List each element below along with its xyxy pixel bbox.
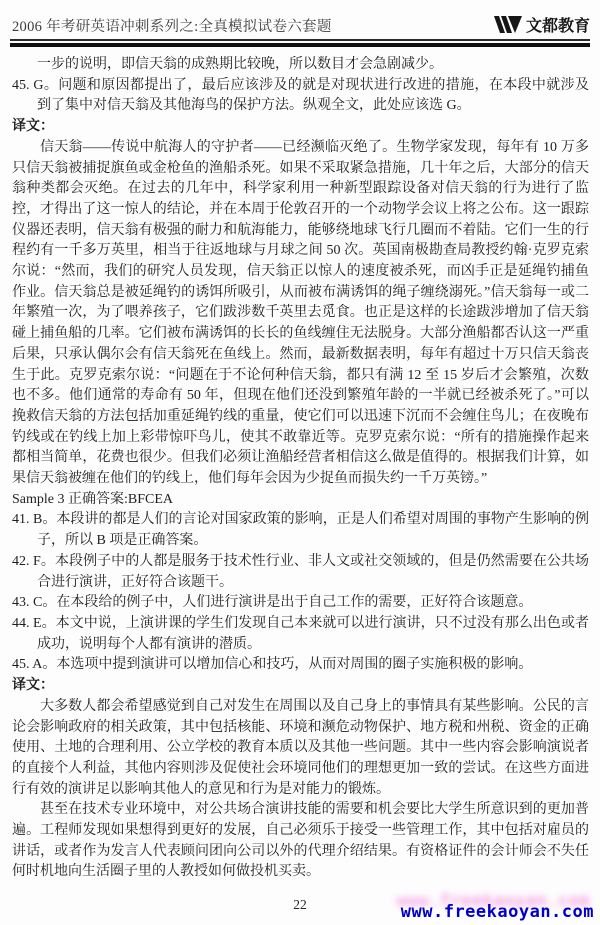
translation-paragraph-speech-2: 甚至在技术专业环境中，对公共场合演讲技能的需要和机会要比大学生所意识到的更加普遍… <box>12 800 589 883</box>
page-header: 2006 年考研英语冲刺系列之:全真模拟试卷六套题 文都教育 <box>12 13 590 36</box>
answer-number: 45. A。 <box>12 657 56 672</box>
answer-number: 43. C。 <box>12 595 56 610</box>
header-divider <box>10 39 590 47</box>
answer-number: 41. B。 <box>12 512 56 527</box>
answer-number: 44. E。 <box>12 616 56 631</box>
document-page: 2006 年考研英语冲刺系列之:全真模拟试卷六套题 文都教育 一步的说明，即信天… <box>0 0 600 925</box>
answer-number: 45. G。 <box>12 78 58 93</box>
answer-text: 本段讲的都是人们的言论对国家政策的影响，正是人们希望对周围的事物产生影响的例子，… <box>37 512 589 548</box>
answer-explanation-45g: 45. G。问题和原因都提出了，最后应该涉及的就是对现状进行改进的措施，在本段中… <box>12 76 589 117</box>
answer-explanation-42f: 42. F。本段例子中的人都是服务于技术性行业、非人文或社交领域的，但是仍然需要… <box>12 552 589 593</box>
continuation-line: 一步的说明，即信天翁的成熟期比较晚，所以数目才会急剧减少。 <box>12 55 589 76</box>
answer-explanation-45a: 45. A。本选项中提到演讲可以增加信心和技巧，从而对周围的圈子实施积极的影响。 <box>12 655 589 676</box>
translation-paragraph-speech-1: 大多数人都会希望感觉到自己对发生在周围以及自己身上的事情具有某些影响。公民的言论… <box>12 697 589 801</box>
book-title: 2006 年考研英语冲刺系列之:全真模拟试卷六套题 <box>12 15 332 36</box>
sample-answer-key: Sample 3 正确答案:BFCEA <box>12 490 589 511</box>
divider-thin-rule <box>10 39 590 41</box>
publisher-logo: 文都教育 <box>494 13 590 36</box>
answer-number: 42. F。 <box>12 554 55 569</box>
publisher-logo-text: 文都教育 <box>526 13 590 36</box>
watermark-url[interactable]: www.freekaoyan.com <box>401 902 594 922</box>
answer-explanation-43c: 43. C。在本段给的例子中，人们进行演讲是出于自己工作的需要，正好符合该题意。 <box>12 593 589 614</box>
answer-text: 在本段给的例子中，人们进行演讲是出于自己工作的需要，正好符合该题意。 <box>56 595 532 610</box>
divider-thick-rule <box>10 43 590 47</box>
answer-explanation-41b: 41. B。本段讲的都是人们的言论对国家政策的影响，正是人们希望对周围的事物产生… <box>12 510 589 551</box>
translation-heading-2: 译文： <box>12 676 589 697</box>
translation-heading-1: 译文： <box>12 117 589 138</box>
answer-text: 本选项中提到演讲可以增加信心和技巧，从而对周围的圈子实施积极的影响。 <box>56 657 532 672</box>
answer-explanation-44e: 44. E。本文中说，上演讲课的学生们发现自己本来就可以进行演讲，只不过没有那么… <box>12 614 589 655</box>
answer-text: 问题和原因都提出了，最后应该涉及的就是对现状进行改进的措施，在本段中就涉及到了集… <box>37 78 589 114</box>
translation-paragraph-albatross: 信天翁——传说中航海人的守护者——已经濒临灭绝了。生物学家发现，每年有 10 万… <box>12 138 589 490</box>
wendu-logo-icon <box>494 16 522 33</box>
answer-text: 本段例子中的人都是服务于技术性行业、非人文或社交领域的，但是仍然需要在公共场合进… <box>37 554 589 590</box>
page-content: 一步的说明，即信天翁的成熟期比较晚，所以数目才会急剧减少。 45. G。问题和原… <box>12 55 589 883</box>
answer-text: 本文中说，上演讲课的学生们发现自己本来就可以进行演讲，只不过没有那么出色或者成功… <box>37 616 589 652</box>
